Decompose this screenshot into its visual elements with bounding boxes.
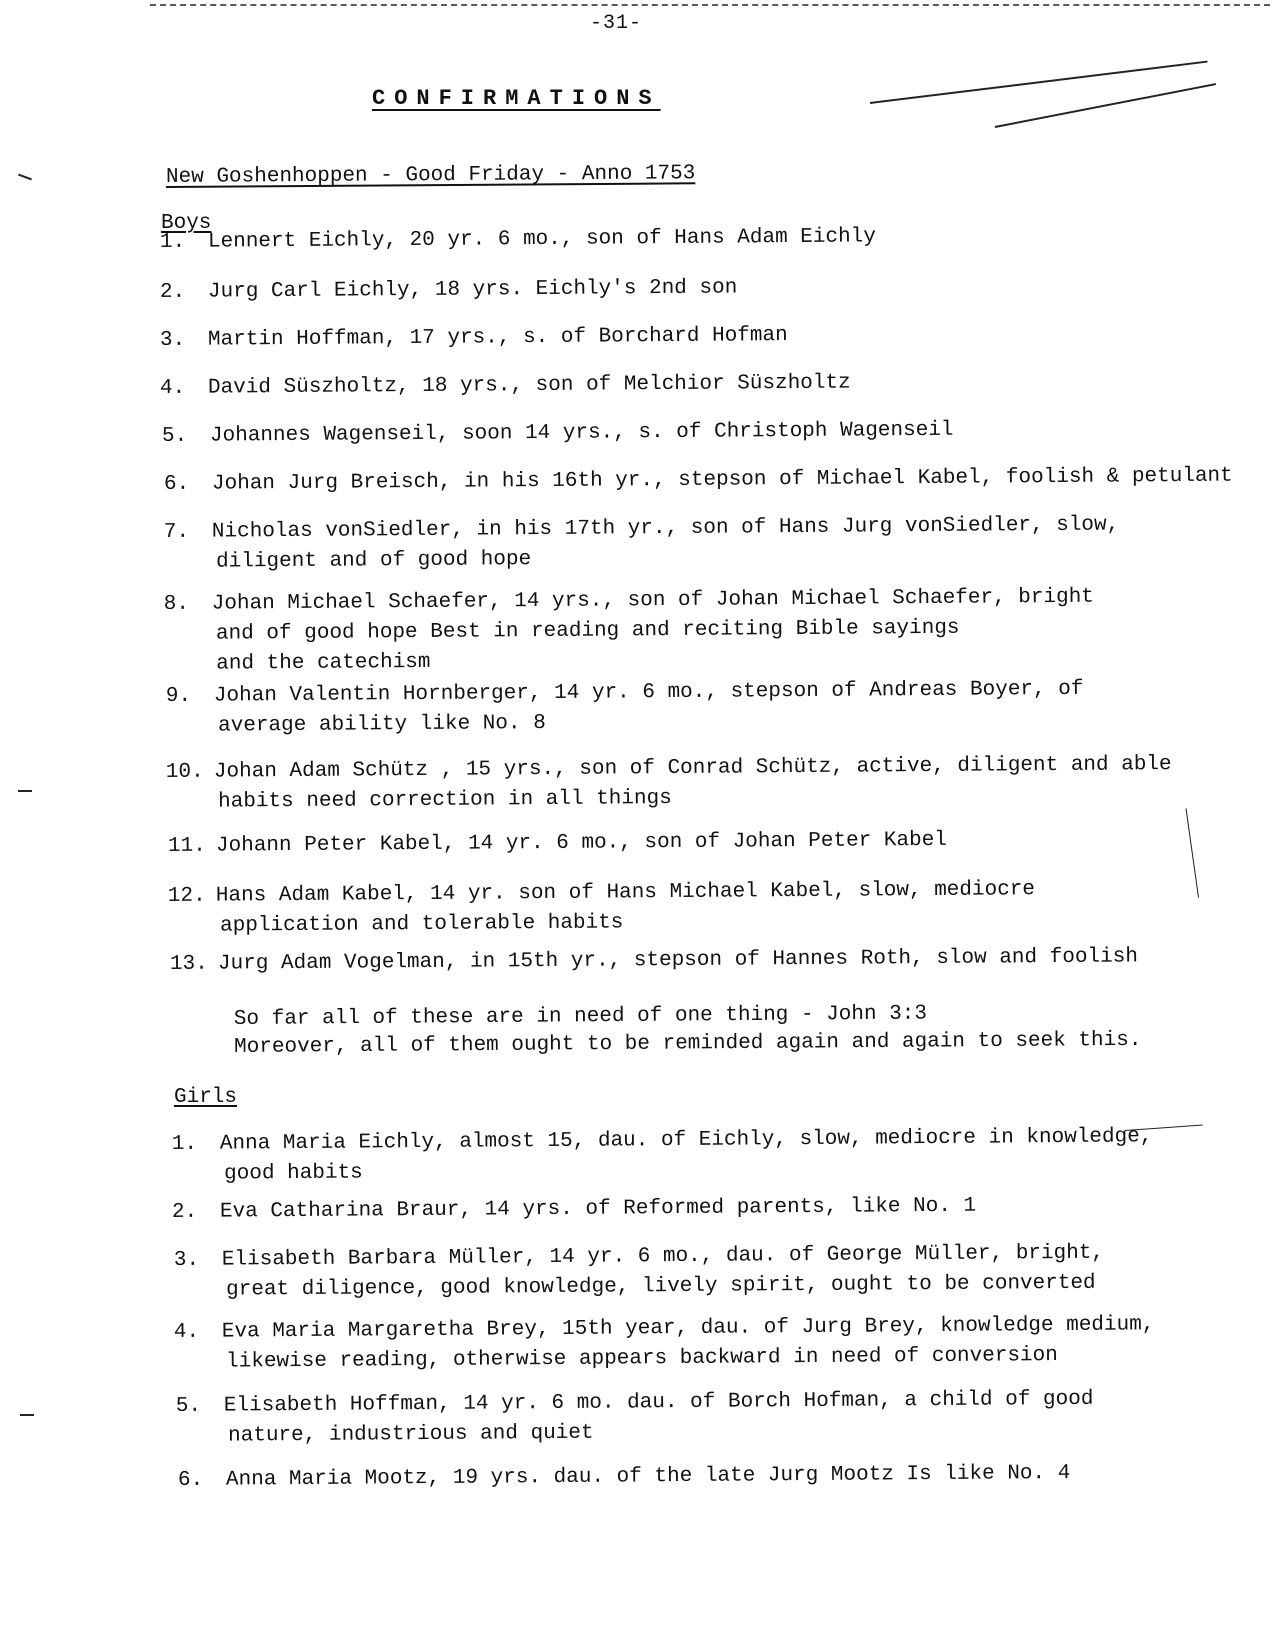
entry-number: 10.: [166, 758, 214, 788]
entry-text: Johannes Wagenseil, soon 14 yrs., s. of …: [210, 419, 954, 448]
margin-tick-2: [18, 790, 32, 792]
girl-entry-2: 2.Eva Catharina Braur, 14 yrs. of Reform…: [172, 1192, 976, 1228]
entry-continuation-line: application and tolerable habits: [168, 905, 1035, 942]
entry-text: Eva Maria Margaretha Brey, 15th year, da…: [222, 1313, 1155, 1343]
entry-continuation-line: nature, industrious and quiet: [176, 1415, 1094, 1452]
boy-entry-6: 6.Johan Jurg Breisch, in his 16th yr., s…: [164, 462, 1233, 500]
margin-tick-3: [20, 1414, 34, 1416]
entry-continuation-line: good habits: [172, 1152, 1153, 1190]
entry-text: Martin Hoffman, 17 yrs., s. of Borchard …: [208, 324, 788, 352]
section-heading-girls: Girls: [174, 1086, 237, 1109]
entry-text: Hans Adam Kabel, 14 yr. son of Hans Mich…: [216, 878, 1035, 907]
entry-number: 3.: [160, 326, 208, 356]
girl-entry-4: 4.Eva Maria Margaretha Brey, 15th year, …: [174, 1310, 1155, 1378]
document-page: -31- CONFIRMATIONS New Goshenhoppen - Go…: [0, 0, 1275, 1650]
entry-text: Johan Adam Schütz , 15 yrs., son of Conr…: [214, 753, 1172, 784]
boys-closing-note: So far all of these are in need of one t…: [234, 999, 1142, 1062]
entry-continuation-line: likewise reading, otherwise appears back…: [174, 1340, 1155, 1378]
girl-entry-5: 5.Elisabeth Hoffman, 14 yr. 6 mo. dau. o…: [176, 1385, 1094, 1452]
entry-first-line: 11.Johann Peter Kabel, 14 yr. 6 mo., son…: [168, 826, 947, 862]
entry-text: Elisabeth Hoffman, 14 yr. 6 mo. dau. of …: [224, 1388, 1094, 1418]
boy-entry-8: 8.Johan Michael Schaefer, 14 yrs., son o…: [164, 583, 1095, 680]
entry-number: 9.: [166, 682, 214, 712]
entry-number: 4.: [160, 374, 208, 404]
boy-entry-12: 12.Hans Adam Kabel, 14 yr. son of Hans M…: [168, 875, 1036, 942]
entry-text: Johan Valentin Hornberger, 14 yr. 6 mo.,…: [214, 678, 1084, 708]
boy-entry-4: 4.David Süszholtz, 18 yrs., son of Melch…: [160, 369, 851, 404]
entry-number: 11.: [168, 832, 216, 862]
entry-text: Johan Michael Schaefer, 14 yrs., son of …: [212, 586, 1094, 616]
entry-first-line: 6.Johan Jurg Breisch, in his 16th yr., s…: [164, 462, 1233, 500]
note-line: Moreover, all of them ought to be remind…: [234, 1027, 1142, 1062]
entry-first-line: 6.Anna Maria Mootz, 19 yrs. dau. of the …: [178, 1459, 1071, 1496]
entry-first-line: 4.David Süszholtz, 18 yrs., son of Melch…: [160, 369, 851, 404]
margin-tick-1: [18, 174, 32, 181]
entry-number: 2.: [172, 1198, 220, 1228]
entry-first-line: 3.Martin Hoffman, 17 yrs., s. of Borchar…: [160, 321, 788, 356]
girl-entry-1: 1.Anna Maria Eichly, almost 15, dau. of …: [172, 1122, 1153, 1190]
entry-text: Eva Catharina Braur, 14 yrs. of Reformed…: [220, 1195, 976, 1224]
entry-continuation-line: average ability like No. 8: [166, 705, 1084, 742]
boy-entry-2: 2.Jurg Carl Eichly, 18 yrs. Eichly's 2nd…: [160, 273, 738, 308]
entry-continuation-line: and the catechism: [164, 643, 1094, 680]
document-subtitle: New Goshenhoppen - Good Friday - Anno 17…: [166, 162, 695, 189]
entry-text: David Süszholtz, 18 yrs., son of Melchio…: [208, 372, 851, 400]
entry-number: 13.: [170, 950, 218, 980]
boy-entry-3: 3.Martin Hoffman, 17 yrs., s. of Borchar…: [160, 321, 788, 356]
entry-number: 5.: [162, 422, 210, 452]
boy-entry-9: 9.Johan Valentin Hornberger, 14 yr. 6 mo…: [166, 675, 1084, 742]
girl-entry-3: 3.Elisabeth Barbara Müller, 14 yr. 6 mo.…: [174, 1239, 1105, 1306]
entry-number: 1.: [172, 1130, 220, 1160]
entry-text: Jurg Carl Eichly, 18 yrs. Eichly's 2nd s…: [208, 276, 737, 303]
entry-continuation-line: great diligence, good knowledge, lively …: [174, 1269, 1104, 1306]
boy-entry-1: 1.Lennert Eichly, 20 yr. 6 mo., son of H…: [160, 222, 876, 258]
boy-entry-7: 7.Nicholas vonSiedler, in his 17th yr., …: [164, 510, 1120, 578]
page-number: -31-: [590, 12, 642, 35]
entry-continuation-line: diligent and of good hope: [164, 540, 1120, 578]
entry-number: 1.: [160, 228, 208, 258]
pen-mark-right-margin: [1186, 808, 1200, 897]
pen-mark-top-right-2: [995, 83, 1216, 128]
entry-first-line: 2.Eva Catharina Braur, 14 yrs. of Reform…: [172, 1192, 976, 1228]
entry-number: 4.: [174, 1318, 222, 1348]
entry-number: 6.: [178, 1466, 226, 1496]
entry-number: 6.: [164, 470, 212, 500]
boy-entry-5: 5.Johannes Wagenseil, soon 14 yrs., s. o…: [162, 416, 954, 452]
scan-border-line: [150, 4, 1270, 6]
entry-number: 2.: [160, 278, 208, 308]
entry-text: Anna Maria Eichly, almost 15, dau. of Ei…: [220, 1125, 1153, 1155]
document-title: CONFIRMATIONS: [372, 86, 661, 111]
entry-text: Johann Peter Kabel, 14 yr. 6 mo., son of…: [216, 829, 947, 858]
boy-entry-11: 11.Johann Peter Kabel, 14 yr. 6 mo., son…: [168, 826, 947, 862]
entry-number: 12.: [168, 882, 216, 912]
entry-text: Nicholas vonSiedler, in his 17th yr., so…: [212, 513, 1120, 543]
entry-text: Johan Jurg Breisch, in his 16th yr., ste…: [212, 465, 1233, 496]
entry-number: 8.: [164, 590, 212, 620]
girl-entry-6: 6.Anna Maria Mootz, 19 yrs. dau. of the …: [178, 1459, 1071, 1496]
entry-first-line: 5.Johannes Wagenseil, soon 14 yrs., s. o…: [162, 416, 954, 452]
entry-number: 3.: [174, 1246, 222, 1276]
entry-text: Jurg Adam Vogelman, in 15th yr., stepson…: [218, 945, 1138, 975]
entry-number: 5.: [176, 1392, 224, 1422]
entry-first-line: 13.Jurg Adam Vogelman, in 15th yr., step…: [170, 942, 1138, 980]
entry-text: Lennert Eichly, 20 yr. 6 mo., son of Han…: [208, 225, 876, 253]
entry-number: 7.: [164, 518, 212, 548]
entry-first-line: 1.Lennert Eichly, 20 yr. 6 mo., son of H…: [160, 222, 876, 258]
entry-text: Elisabeth Barbara Müller, 14 yr. 6 mo., …: [222, 1242, 1104, 1272]
entry-text: Anna Maria Mootz, 19 yrs. dau. of the la…: [226, 1462, 1070, 1492]
pen-mark-top-right-1: [870, 61, 1208, 104]
boy-entry-10: 10.Johan Adam Schütz , 15 yrs., son of C…: [166, 750, 1172, 818]
boy-entry-13: 13.Jurg Adam Vogelman, in 15th yr., step…: [170, 942, 1138, 980]
entry-first-line: 2.Jurg Carl Eichly, 18 yrs. Eichly's 2nd…: [160, 273, 738, 308]
